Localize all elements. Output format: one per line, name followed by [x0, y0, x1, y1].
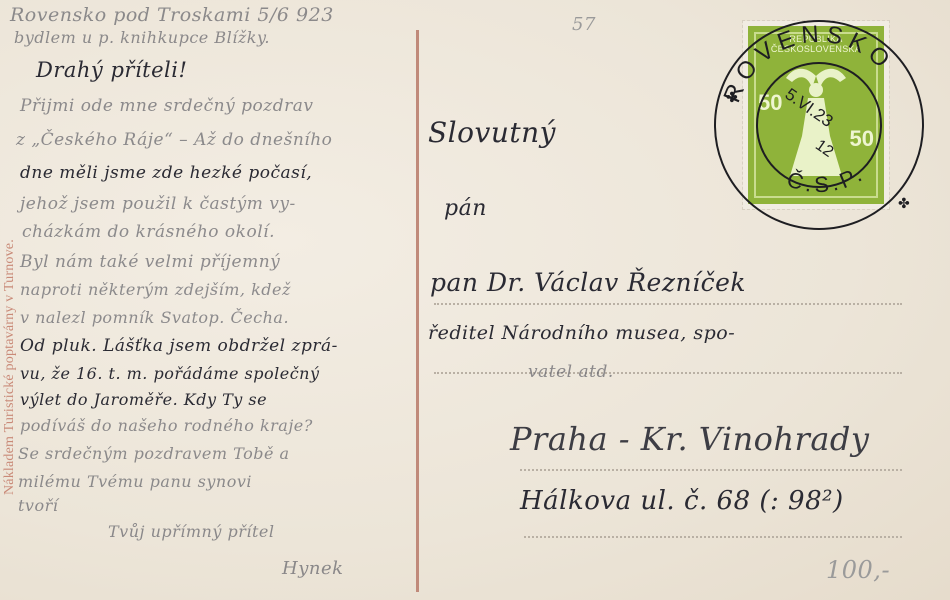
message-line: Se srdečným pozdravem Tobě a [18, 444, 290, 463]
message-line: Byl nám také velmi příjemný [20, 252, 280, 272]
message-line: tvoří [18, 496, 58, 515]
message-line: Drahý příteli! [36, 58, 187, 82]
pencil-note-price: 100,- [826, 556, 890, 584]
pencil-note-top: 57 [572, 14, 596, 35]
stamp-value-right: 50 [850, 126, 874, 152]
message-line: Od pluk. Lášťka jsem obdržel zprá- [20, 336, 338, 356]
address-dotted-line [434, 372, 902, 374]
message-line: cházkám do krásného okolí. [22, 222, 275, 242]
stamp-value-left: 50 [758, 90, 782, 116]
message-line: dne měli jsme zde hezké počasí, [20, 163, 312, 183]
stamp-country: REPUBLIKA ČESKOSLOVENSKÁ [748, 34, 884, 54]
address-position: ředitel Národního musea, spo- [428, 322, 735, 344]
postcard-back: Nákladem Turistické poptavárny v Turnove… [0, 0, 950, 600]
address-dotted-line [524, 536, 902, 538]
message-line: z „Českého Ráje“ – Až do dnešního [16, 130, 332, 150]
message-line: podíváš do našeho rodného kraje? [20, 416, 313, 435]
address-title: pán [444, 196, 487, 221]
address-dotted-line [520, 469, 902, 471]
address-street: Hálkova ul. č. 68 (: 98²) [520, 486, 844, 516]
allegory-figure-icon [786, 66, 846, 186]
message-closing: Tvůj upřímný přítel [108, 522, 275, 541]
svg-text:✤: ✤ [898, 196, 910, 212]
message-line: Přijmi ode mne srdečný pozdrav [20, 96, 313, 116]
address-name: pan Dr. Václav Řezníček [430, 268, 746, 297]
publisher-imprint: Nákladem Turistické poptavárny v Turnove… [2, 239, 18, 495]
address-dotted-line [434, 303, 902, 305]
message-line: výlet do Jaroměře. Kdy Ty se [20, 390, 267, 409]
address-city: Praha - Kr. Vinohrady [510, 420, 869, 458]
svg-text:✤: ✤ [726, 90, 738, 106]
message-line: jehož jsem použil k častým vy- [20, 194, 296, 214]
message-line: naproti některým zdejším, kdež [20, 280, 291, 299]
message-line: v nalezl pomník Svatop. Čecha. [20, 308, 289, 327]
message-line: bydlem u p. knihkupce Blížky. [14, 28, 270, 47]
message-signature: Hynek [282, 558, 344, 579]
address-position-2: vatel atd. [528, 362, 614, 382]
message-line: vu, že 16. t. m. pořádáme společný [20, 364, 320, 383]
message-line: Rovensko pod Troskami 5/6 923 [10, 4, 334, 26]
address-salutation: Slovutný [428, 116, 556, 149]
message-line: milému Tvému panu synovi [18, 472, 252, 491]
postage-stamp: REPUBLIKA ČESKOSLOVENSKÁ 50 50 [748, 26, 884, 204]
address-divider [416, 30, 419, 592]
